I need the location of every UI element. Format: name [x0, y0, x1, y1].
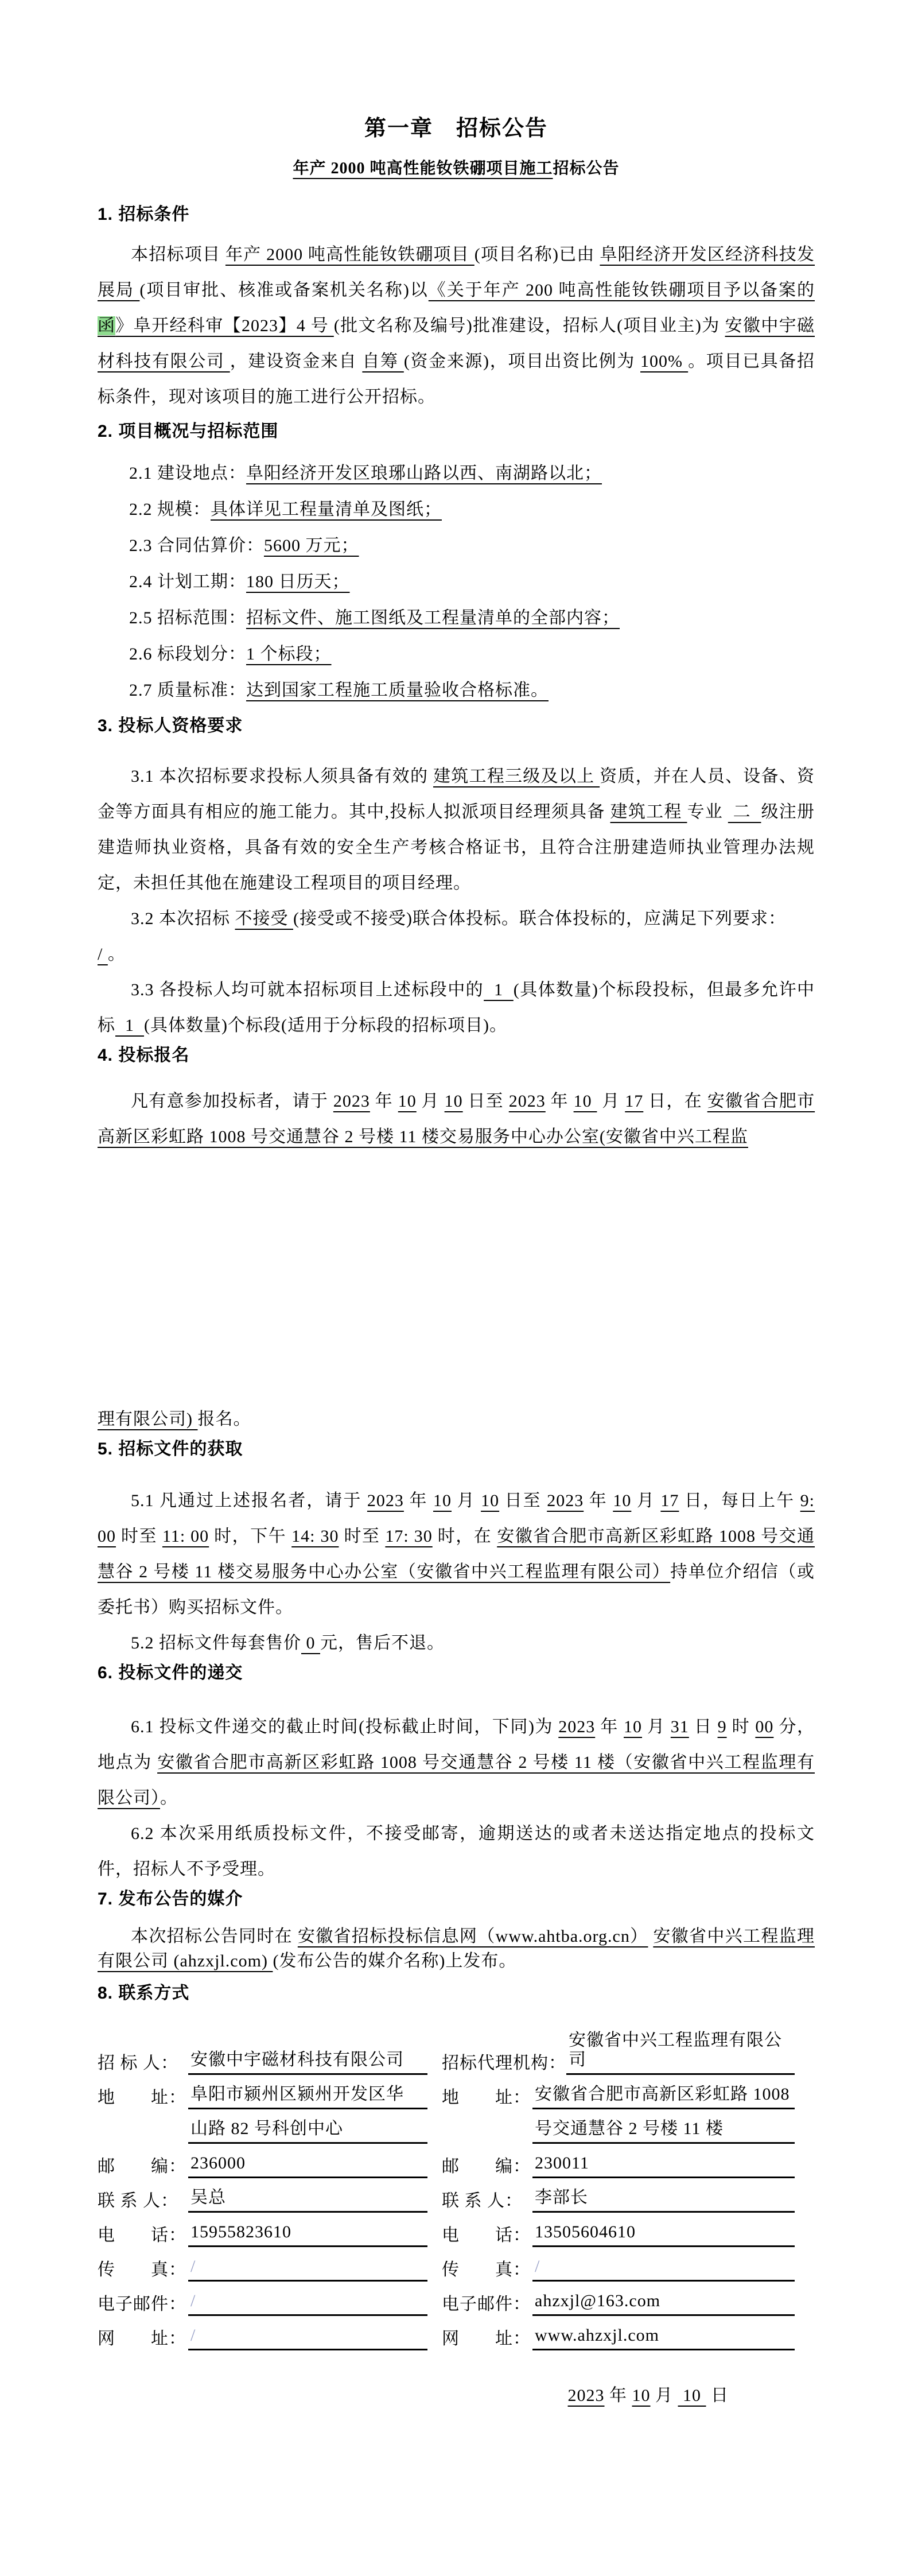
text-run: 凡有意参加投标者，请于 [131, 1092, 333, 1111]
section-4-heading: 4. 投标报名 [98, 1043, 815, 1068]
contact-label: 地 址： [442, 2086, 532, 2109]
text-run: ，建设资金来自 [230, 352, 363, 371]
text-run: 2.5 招标范围： [129, 608, 246, 627]
text-run: 招标公告 [553, 160, 620, 177]
contact-row: 邮 编：236000邮 编：230011 [98, 2154, 815, 2178]
text-run: 不接受 [235, 909, 294, 928]
contact-label: 联 系 人： [442, 2190, 532, 2213]
section-2-heading: 2. 项目概况与招标范围 [98, 420, 815, 444]
text-run: 10 [632, 2386, 651, 2405]
text-run: (具体数量)个标段(适用于分标段的招标项目)。 [144, 1016, 507, 1035]
text-run: 5.2 招标文件每套售价 [131, 1634, 301, 1652]
text-run: 月 [651, 2386, 678, 2405]
paragraph-3-2: 3.2 本次招标 不接受 (接受或不接受)联合体投标。联合体投标的，应满足下列要… [98, 901, 815, 937]
text-run: 2023 [333, 1092, 370, 1111]
item-2-2: 2.2 规模：具体详见工程量清单及图纸； [129, 491, 815, 527]
text-run: 10 [574, 1092, 597, 1111]
contact-label: 招 标 人： [98, 2052, 188, 2075]
text-run: 自筹 [362, 352, 403, 371]
section-3-heading: 3. 投标人资格要求 [98, 714, 815, 738]
text-run: 10 [445, 1092, 463, 1111]
text-run: 年 [370, 1092, 398, 1111]
contact-row: 电子邮件：/电子邮件：ahzxjl@163.com [98, 2291, 815, 2316]
contact-value: 阜阳市颍州区颍州开发区华 [188, 2085, 427, 2109]
contact-cell-left: 山路 82 号科创中心 [98, 2119, 427, 2144]
text-run: 2.1 建设地点： [129, 464, 246, 483]
text-run: 月 [597, 1092, 625, 1111]
text-run: 2023 [558, 1717, 595, 1736]
section-1-heading: 1. 招标条件 [98, 203, 815, 227]
text-run: 日至 [463, 1092, 509, 1111]
contact-row: 电 话：15955823610电 话：13505604610 [98, 2222, 815, 2247]
contact-cell-left: 邮 编：236000 [98, 2154, 427, 2178]
contact-label: 电 话： [98, 2224, 188, 2247]
contact-value: / [188, 2257, 427, 2282]
text-run: 6.1 投标文件递交的截止时间(投标截止时间，下同)为 [131, 1717, 558, 1736]
text-run: 10 [481, 1491, 499, 1510]
contact-label: 电 话： [442, 2224, 532, 2247]
contact-cell-left: 电子邮件：/ [98, 2291, 427, 2316]
text-run: (接受或不接受)联合体投标。联合体投标的，应满足下列要求： [293, 909, 786, 928]
text-run: 年产 2000 吨高性能钕铁硼项目 [225, 245, 475, 264]
contact-label: 传 真： [442, 2259, 532, 2282]
text-run: (资金来源)，项目出资比例为 [404, 352, 640, 371]
text-run: 11: 00 [162, 1527, 209, 1546]
contact-cell-left: 地 址：阜阳市颍州区颍州开发区华 [98, 2085, 427, 2109]
contact-row: 联 系 人：吴总联 系 人：李部长 [98, 2188, 815, 2213]
text-run: 100% [640, 352, 688, 371]
item-2-1: 2.1 建设地点：阜阳经济开发区琅琊山路以西、南湖路以北； [129, 455, 815, 491]
contact-cell-right: 网 址：www.ahzxjl.com [442, 2326, 815, 2350]
text-run: 日 [706, 2386, 729, 2405]
contact-value: 号交通慧谷 2 号楼 11 楼 [532, 2119, 795, 2144]
contact-value: 安徽中宇磁材科技有限公司 [188, 2050, 427, 2075]
text-run: 建筑工程 [610, 802, 687, 821]
text-run: 年产 2000 吨高性能钕铁硼项目施工 [293, 160, 553, 177]
contact-value: 15955823610 [188, 2222, 427, 2247]
text-run: 10 [398, 1092, 417, 1111]
text-run: 年 [404, 1491, 433, 1510]
text-run: 函 [98, 316, 115, 335]
text-run: 《关于年产 200 吨高性能钕铁硼项目予以备案的 [429, 281, 815, 300]
chapter-title: 第一章 招标公告 [98, 0, 815, 142]
text-run: 2023 [367, 1491, 404, 1510]
contact-value: 230011 [532, 2154, 795, 2178]
text-run: 14: 30 [291, 1527, 339, 1546]
contact-cell-left: 招 标 人：安徽中宇磁材科技有限公司 [98, 2031, 427, 2075]
text-run: 月 [642, 1717, 671, 1736]
contact-value: www.ahzxjl.com [532, 2326, 795, 2350]
text-run: 2.6 标段划分： [129, 645, 246, 664]
contact-value: 李部长 [532, 2188, 795, 2213]
text-run: 10 [433, 1491, 452, 1510]
text-run: 月 [631, 1491, 660, 1510]
contact-cell-right: 电子邮件：ahzxjl@163.com [442, 2291, 815, 2316]
text-run: 2023 [547, 1491, 584, 1510]
text-run: 2023 [509, 1092, 546, 1111]
contact-cell-right: 地 址：安徽省合肥市高新区彩虹路 1008 [442, 2085, 815, 2109]
text-run: 时至 [339, 1527, 385, 1546]
text-run: 2023 [568, 2386, 605, 2405]
text-run: 10 [678, 2386, 706, 2405]
text-run: 月 [417, 1092, 445, 1111]
contact-row: 招 标 人：安徽中宇磁材科技有限公司招标代理机构：安徽省中兴工程监理有限公司 [98, 2031, 815, 2075]
text-run: 。 [160, 1789, 178, 1807]
text-run: (项目审批、核准或备案机关名称)以 [139, 281, 428, 300]
text-run: 日至 [499, 1491, 547, 1510]
contact-label: 电子邮件： [442, 2293, 532, 2316]
paragraph-7: 本次招标公告同时在 安徽省招标投标信息网（www.ahtba.org.cn） 安… [98, 1924, 815, 1973]
text-run: 本次招标公告同时在 [131, 1927, 298, 1946]
paragraph-3-3: 3.3 各投标人均可就本招标项目上述标段中的 1 (具体数量)个标段投标，但最多… [98, 972, 815, 1043]
text-run: 10 [624, 1717, 642, 1736]
text-run: 年 [605, 2386, 632, 2405]
text-run: 日，在 [643, 1092, 707, 1111]
paragraph-4-continuation: 理有限公司) 报名。 [98, 1402, 815, 1437]
text-run: 1 [484, 980, 514, 999]
document-content: 第一章 招标公告 年产 2000 吨高性能钕铁硼项目施工招标公告 1. 招标条件… [0, 0, 910, 2408]
text-run: 时，在 [433, 1527, 497, 1546]
contact-value: 吴总 [188, 2188, 427, 2213]
text-run: 本招标项目 [131, 245, 225, 264]
text-run: 。 [108, 945, 126, 964]
item-2-3: 2.3 合同估算价：5600 万元； [129, 527, 815, 564]
text-run: 0 [301, 1634, 320, 1652]
text-run: (批文名称及编号)批准建设，招标人(项目业主)为 [334, 316, 725, 335]
contact-row: 网 址：/网 址：www.ahzxjl.com [98, 2326, 815, 2350]
contact-value: 安徽省中兴工程监理有限公司 [566, 2031, 795, 2075]
contact-cell-right: 招标代理机构：安徽省中兴工程监理有限公司 [442, 2031, 815, 2075]
text-run: 5.1 凡通过上述报名者，请于 [131, 1491, 367, 1510]
text-run: 31 [671, 1717, 689, 1736]
text-run: 17 [660, 1491, 679, 1510]
text-run: 》阜开经科审【2023】4 号 [115, 316, 333, 335]
contact-value: ahzxjl@163.com [532, 2291, 795, 2316]
text-run: 时至 [116, 1527, 162, 1546]
text-run: 2.3 合同估算价： [129, 536, 264, 555]
contact-label: 传 真： [98, 2259, 188, 2282]
announcement-date: 2023 年 10 月 10 日 [98, 2384, 815, 2408]
text-run: 00 [755, 1717, 773, 1736]
text-run: 3.3 各投标人均可就本招标项目上述标段中的 [131, 980, 484, 999]
paragraph-6-2: 6.2 本次采用纸质投标文件，不接受邮寄，逾期送达的或者未送达指定地点的投标文件… [98, 1816, 815, 1887]
text-run: 月 [452, 1491, 481, 1510]
text-run: 5600 万元； [264, 536, 359, 555]
section-6-heading: 6. 投标文件的递交 [98, 1661, 815, 1685]
contact-label: 招标代理机构： [442, 2052, 566, 2075]
text-run: 年 [546, 1092, 574, 1111]
section-5-heading: 5. 招标文件的获取 [98, 1437, 815, 1461]
text-run: 招标文件、施工图纸及工程量清单的全部内容； [246, 608, 620, 627]
item-2-4: 2.4 计划工期：180 日历天； [129, 564, 815, 600]
contact-label: 电子邮件： [98, 2293, 188, 2316]
item-2-7: 2.7 质量标准：达到国家工程施工质量验收合格标准。 [129, 672, 815, 708]
paragraph-5-1: 5.1 凡通过上述报名者，请于 2023 年 10 月 10 日至 2023 年… [98, 1483, 815, 1625]
paragraph-5-2: 5.2 招标文件每套售价 0 元，售后不退。 [98, 1625, 815, 1661]
paragraph-6-1: 6.1 投标文件递交的截止时间(投标截止时间，下同)为 2023 年 10 月 … [98, 1709, 815, 1816]
contact-row-continuation: 山路 82 号科创中心号交通慧谷 2 号楼 11 楼 [98, 2119, 815, 2144]
item-2-5: 2.5 招标范围：招标文件、施工图纸及工程量清单的全部内容； [129, 600, 815, 636]
text-run: 2.2 规模： [129, 500, 211, 519]
contact-value: / [532, 2257, 795, 2282]
text-run: 3.1 本次招标要求投标人须具备有效的 [131, 767, 433, 786]
contact-cell-right: 号交通慧谷 2 号楼 11 楼 [442, 2119, 815, 2144]
text-run: 10 [613, 1491, 631, 1510]
contact-cell-right: 邮 编：230011 [442, 2154, 815, 2178]
project-subtitle: 年产 2000 吨高性能钕铁硼项目施工招标公告 [98, 156, 815, 179]
contact-label: 邮 编： [98, 2155, 188, 2178]
contact-label: 地 址： [98, 2086, 188, 2109]
text-run: 报名。 [198, 1410, 251, 1429]
section-2-items: 2.1 建设地点：阜阳经济开发区琅琊山路以西、南湖路以北； 2.2 规模：具体详… [98, 455, 815, 708]
contact-label: 网 址： [442, 2327, 532, 2350]
contact-row: 传 真：/传 真：/ [98, 2257, 815, 2282]
page-break-gap [98, 1155, 815, 1402]
text-run: 时，下午 [209, 1527, 291, 1546]
contact-cell-right: 联 系 人：李部长 [442, 2188, 815, 2213]
contact-value: / [188, 2291, 427, 2316]
contact-row: 地 址：阜阳市颍州区颍州开发区华地 址：安徽省合肥市高新区彩虹路 1008 [98, 2085, 815, 2109]
text-run: 二 [728, 802, 761, 821]
contact-cell-right: 传 真：/ [442, 2257, 815, 2282]
text-run: 3.2 本次招标 [131, 909, 235, 928]
paragraph-3-2-continuation: / 。 [98, 937, 815, 972]
contact-label: 联 系 人： [98, 2190, 188, 2213]
contact-cell-left: 传 真：/ [98, 2257, 427, 2282]
text-run: (项目名称)已由 [475, 245, 600, 264]
section-7-heading: 7. 发布公告的媒介 [98, 1887, 815, 1911]
text-run: 6.2 本次采用纸质投标文件，不接受邮寄，逾期送达的或者未送达指定地点的投标文件… [98, 1824, 815, 1879]
section-8-heading: 8. 联系方式 [98, 1981, 815, 2005]
contact-table: 招 标 人：安徽中宇磁材科技有限公司招标代理机构：安徽省中兴工程监理有限公司地 … [98, 2031, 815, 2350]
text-run: 年 [584, 1491, 613, 1510]
document-page: 第一章 招标公告 年产 2000 吨高性能钕铁硼项目施工招标公告 1. 招标条件… [0, 0, 910, 2576]
contact-cell-right: 电 话：13505604610 [442, 2222, 815, 2247]
text-run: 达到国家工程施工质量验收合格标准。 [246, 681, 549, 700]
text-run: 阜阳经济开发区琅琊山路以西、南湖路以北； [246, 464, 602, 483]
contact-value: 山路 82 号科创中心 [188, 2119, 427, 2144]
text-run: 专业 [687, 802, 728, 821]
contact-cell-left: 电 话：15955823610 [98, 2222, 427, 2247]
text-run: 9 [718, 1717, 727, 1736]
contact-label: 邮 编： [442, 2155, 532, 2178]
text-run: 年 [595, 1717, 624, 1736]
paragraph-3-1: 3.1 本次招标要求投标人须具备有效的 建筑工程三级及以上 资质，并在人员、设备… [98, 759, 815, 901]
text-run: 2.4 计划工期： [129, 572, 246, 591]
text-run: 理有限公司) [98, 1410, 198, 1429]
text-run: 元，售后不退。 [320, 1634, 445, 1652]
text-run: 建筑工程三级及以上 [433, 767, 600, 786]
contact-value: 236000 [188, 2154, 427, 2178]
text-run: 17 [625, 1092, 643, 1111]
text-run: 具体详见工程量清单及图纸； [211, 500, 442, 519]
paragraph-4: 凡有意参加投标者，请于 2023 年 10 月 10 日至 2023 年 10 … [98, 1084, 815, 1155]
contact-value: / [188, 2326, 427, 2350]
item-2-6: 2.6 标段划分：1 个标段； [129, 636, 815, 672]
text-run: 安徽省招标投标信息网（www.ahtba.org.cn） [298, 1927, 648, 1946]
text-run: 2.7 质量标准： [129, 681, 246, 700]
text-run: / [98, 945, 108, 964]
text-run: 日，每日上午 [679, 1491, 800, 1510]
contact-cell-left: 网 址：/ [98, 2326, 427, 2350]
contact-label: 网 址： [98, 2327, 188, 2350]
contact-value: 13505604610 [532, 2222, 795, 2247]
text-run: 180 日历天； [246, 572, 350, 591]
text-run: 17: 30 [385, 1527, 432, 1546]
text-run: 安徽省合肥市高新区彩虹路 1008 号交通慧谷 2 号楼 11 楼（安徽省中兴工… [98, 1753, 815, 1807]
text-run: 日 [689, 1717, 718, 1736]
text-run: 1 [115, 1016, 144, 1035]
text-run: 1 个标段； [246, 645, 332, 664]
section-1-paragraph: 本招标项目 年产 2000 吨高性能钕铁硼项目 (项目名称)已由 阜阳经济开发区… [98, 237, 815, 415]
contact-value: 安徽省合肥市高新区彩虹路 1008 [532, 2085, 795, 2109]
contact-cell-left: 联 系 人：吴总 [98, 2188, 427, 2213]
text-run: 时 [727, 1717, 756, 1736]
text-run: (发布公告的媒介名称)上发布。 [273, 1952, 516, 1970]
